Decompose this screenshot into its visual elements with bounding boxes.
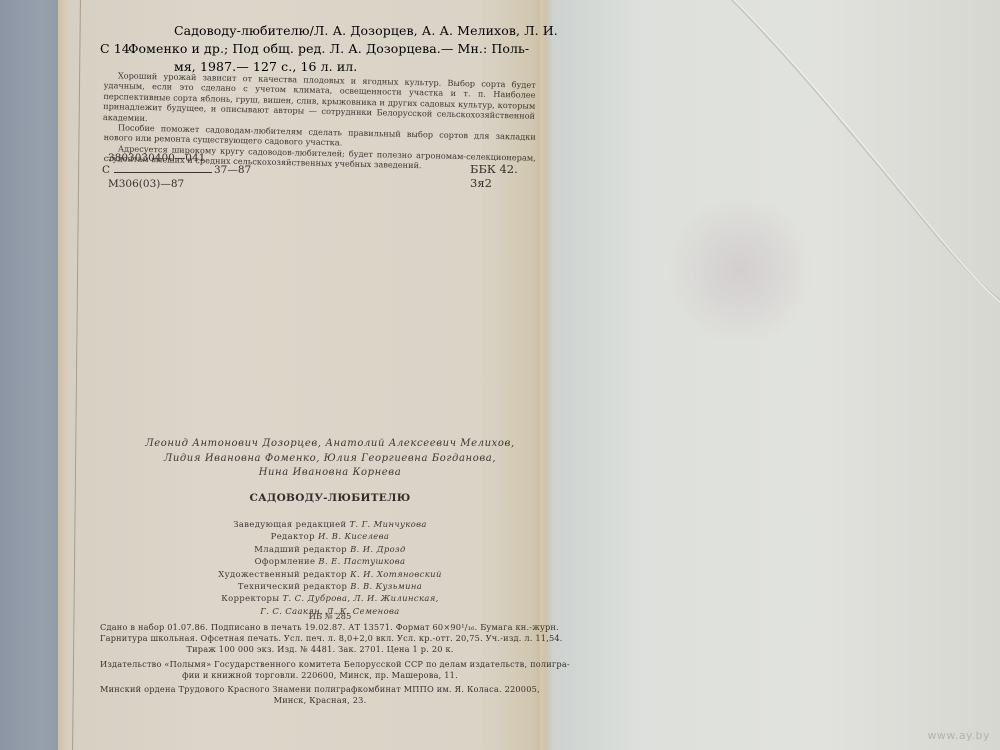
credit-line: Корректоры Т. С. Дуброва, Л. И. Жилинска… xyxy=(140,592,520,604)
imprint-block: Сдано в набор 01.07.86. Подписано в печа… xyxy=(100,622,540,706)
printer-line: Минский ордена Трудового Красного Знамен… xyxy=(100,684,540,695)
page-stain xyxy=(670,200,810,340)
printer-line: Минск, Красная, 23. xyxy=(100,695,540,706)
ib-number: ИБ № 285 xyxy=(140,611,520,621)
right-page-blank xyxy=(552,0,1000,750)
code-letter: С xyxy=(102,164,110,176)
credit-line: Младший редактор В. И. Дрозд xyxy=(140,543,520,555)
catalog-index: С 14 xyxy=(100,40,124,58)
imprint-line: Тираж 100 000 экз. Изд. № 4481. Зак. 270… xyxy=(100,644,540,655)
code-suffix: 37—87 xyxy=(214,164,251,176)
catalog-line-1: Садоводу-любителю/Л. А. Дозорцев, А. А. … xyxy=(100,22,540,40)
book-title: САДОВОДУ-ЛЮБИТЕЛЮ xyxy=(140,492,520,504)
authors-list: Леонид Антонович Дозорцев, Анатолий Алек… xyxy=(140,437,520,481)
imprint-line: Сдано в набор 01.07.86. Подписано в печа… xyxy=(100,622,540,633)
credit-line: Редактор И. В. Киселева xyxy=(140,530,520,542)
catalog-card: Садоводу-любителю/Л. А. Дозорцев, А. А. … xyxy=(100,22,540,76)
imprint-line: Гарнитура школьная. Офсетная печать. Усл… xyxy=(100,633,540,644)
page-stack-edge xyxy=(58,0,68,750)
annotation: Хороший урожай зависит от качества плодо… xyxy=(104,70,536,164)
publisher-line: Издательство «Полымя» Государственного к… xyxy=(100,659,540,670)
bbk-code: ББК 42. 3я2 xyxy=(470,162,542,190)
code-numerator: 3803030400—041 xyxy=(108,152,205,164)
publisher-line: фии и книжной торговли. 220600, Минск, п… xyxy=(100,670,540,681)
credit-line: Заведующая редакцией Т. Г. Минчукова xyxy=(140,518,520,530)
page-crease xyxy=(552,0,1000,750)
authors-line: Лидия Ивановна Фоменко, Юлия Георгиевна … xyxy=(140,452,520,467)
credit-line: Художественный редактор К. И. Хотяновски… xyxy=(140,568,520,580)
authors-line: Нина Ивановна Корнева xyxy=(140,466,520,481)
code-fraction-rule xyxy=(114,172,212,173)
editorial-credits: Заведующая редакцией Т. Г. Минчукова Ред… xyxy=(140,518,520,617)
authors-line: Леонид Антонович Дозорцев, Анатолий Алек… xyxy=(140,437,520,452)
credit-line: Технический редактор В. В. Кузьмина xyxy=(140,580,520,592)
code-denominator: М306(03)—87 xyxy=(108,178,184,190)
credit-line: Оформление В. Е. Пастушкова xyxy=(140,555,520,567)
watermark: www.ay.by xyxy=(927,729,990,742)
catalog-line-2: С 14 Фоменко и др.; Под общ. ред. Л. А. … xyxy=(100,40,540,58)
